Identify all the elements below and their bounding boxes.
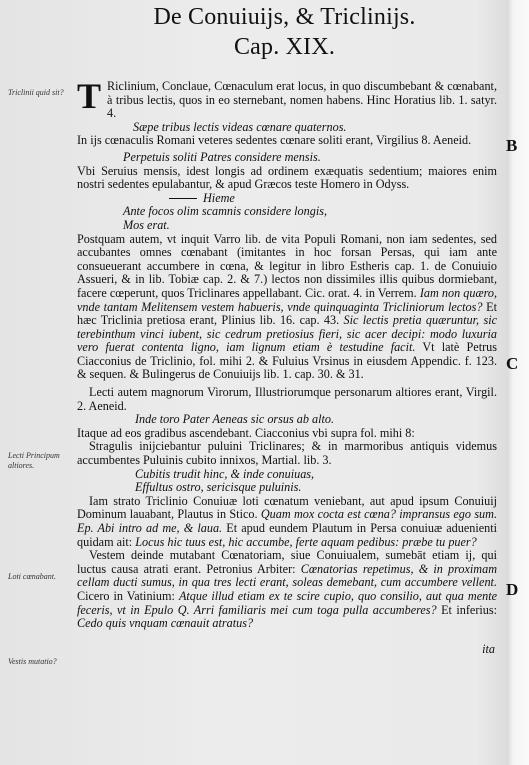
verse-line: Hieme [77, 192, 497, 206]
catchword: ita [77, 643, 497, 657]
section-letter: C [506, 354, 518, 374]
dash-rule [169, 198, 197, 199]
verse-line: Mos erat. [77, 219, 497, 233]
margin-note: Loti cœnabant. [8, 572, 76, 582]
margin-note: Vestis mutatio? [8, 657, 76, 667]
body-text: TRiclinium, Conclaue, Cœnaculum erat loc… [77, 80, 497, 669]
paragraph: Postquam autem, vt inquit Varro lib. de … [77, 233, 497, 383]
verse-line: Ante focos olim scamnis considere longis… [77, 205, 497, 219]
paragraph: TRiclinium, Conclaue, Cœnaculum erat loc… [77, 80, 497, 121]
paragraph: Lecti autem magnorum Virorum, Illustrior… [77, 386, 497, 413]
book-page: De Conuiuijs, & Triclinijs. Cap. XIX. Tr… [0, 0, 529, 765]
page-title: De Conuiuijs, & Triclinijs. [0, 2, 529, 32]
verse-line: Inde toro Pater Aeneas sic orsus ab alto… [77, 413, 497, 427]
verse-line: Effultus ostro, sericisque puluinis. [77, 481, 497, 495]
paragraph: Vestem deinde mutabant Cœnatoriam, siue … [77, 549, 497, 631]
section-letter: B [506, 136, 517, 156]
margin-note: Triclinii quid sit? [8, 88, 76, 98]
page-header: De Conuiuijs, & Triclinijs. Cap. XIX. [0, 2, 529, 62]
drop-cap: T [77, 82, 101, 110]
paragraph: Stragulis inijciebantur puluini Triclina… [77, 440, 497, 467]
chapter-heading: Cap. XIX. [0, 32, 529, 62]
verse-line: Perpetuis soliti Patres considere mensis… [77, 151, 497, 165]
paragraph: In ijs cœnaculis Romani veteres sedentes… [77, 134, 497, 148]
margin-note: Lecti Principum altiores. [8, 451, 76, 471]
paragraph: Iam strato Triclinio Conuiuæ loti cœnatu… [77, 495, 497, 549]
section-letter: D [506, 580, 518, 600]
paragraph: Itaque ad eos gradibus ascendebant. Ciac… [77, 427, 497, 441]
paragraph: Vbi Seruius mensis, idest longis ad ordi… [77, 165, 497, 192]
verse-line: Cubitis trudit hinc, & inde conuiuas, [77, 468, 497, 482]
verse-line: Sæpe tribus lectis videas cœnare quatern… [77, 121, 497, 135]
